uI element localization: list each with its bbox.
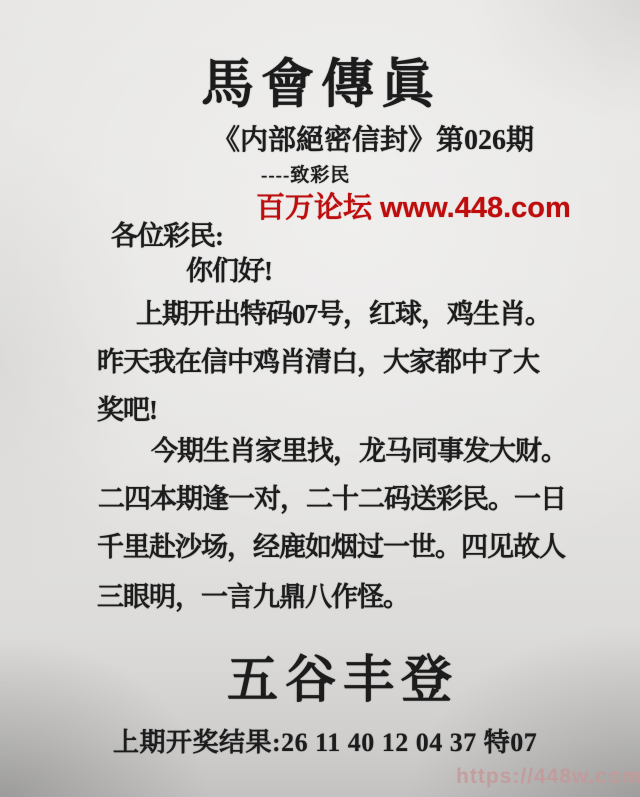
letter-line: 昨天我在信中鸡肖清白，大家都中了大 bbox=[97, 340, 539, 379]
fax-title: 馬會傳眞 bbox=[201, 42, 441, 118]
letter-line: 三眼明，一言九鼎八作怪。 bbox=[97, 575, 409, 614]
letter-line: 今期生肖家里找，龙马同事发大财。 bbox=[151, 429, 567, 468]
dedication-line: ----致彩民 bbox=[261, 160, 350, 187]
forum-banner: 百万论坛 www.448.com bbox=[256, 185, 571, 226]
site-watermark: https://448w.com bbox=[456, 765, 640, 789]
envelope-subtitle: 《内部絕密信封》第026期 bbox=[212, 118, 534, 158]
salutation: 各位彩民: bbox=[111, 214, 223, 253]
letter-line: 千里赴沙场，经鹿如烟过一世。四见故人 bbox=[97, 525, 565, 564]
letter-line: 二四本期逢一对，二十二码送彩民。一日 bbox=[98, 477, 566, 516]
previous-draw-result: 上期开奖结果:26 11 40 12 04 37 特07 bbox=[113, 722, 537, 759]
letter-line: 上期开出特码07号，红球，鸡生肖。 bbox=[136, 292, 551, 331]
slogan-phrase: 五谷丰登 bbox=[227, 638, 459, 712]
letter-line: 奖吧! bbox=[97, 388, 157, 427]
greeting: 你们好! bbox=[186, 249, 272, 288]
